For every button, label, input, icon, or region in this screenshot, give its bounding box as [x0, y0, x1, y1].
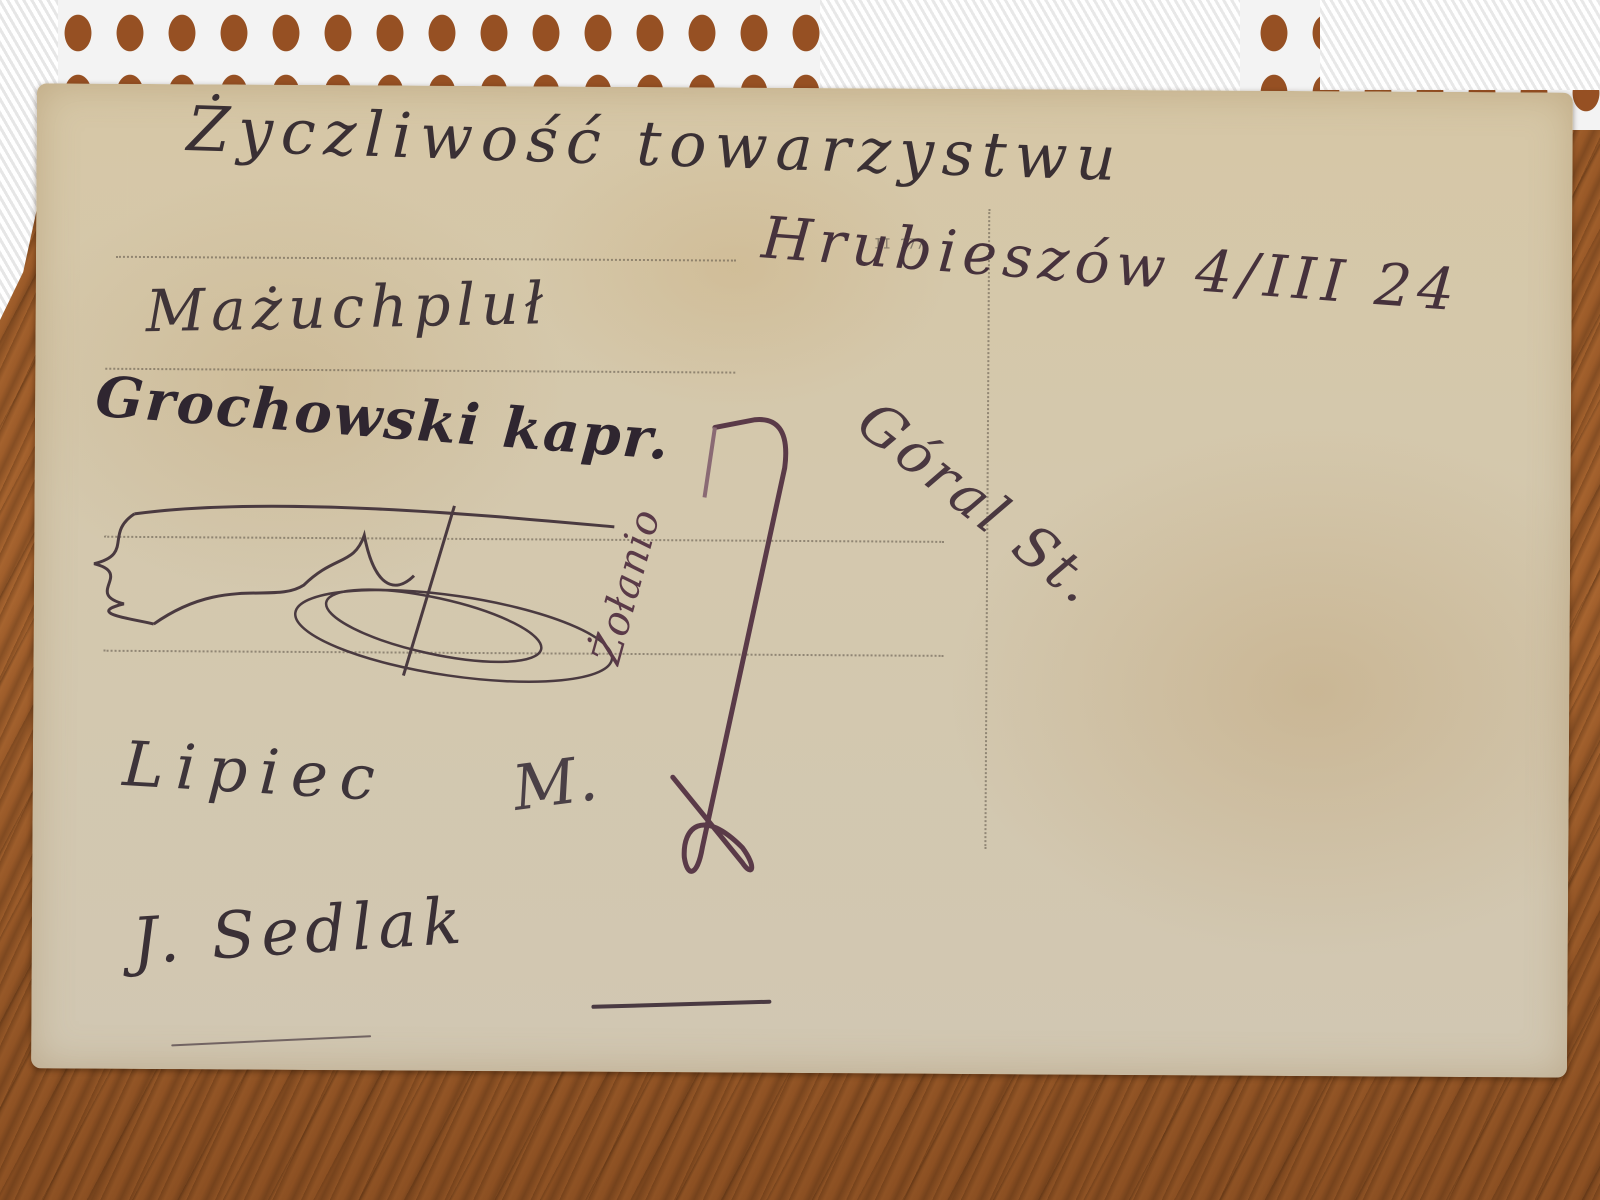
ink-underline	[591, 1000, 771, 1009]
address-line	[116, 256, 736, 262]
signature-lipiec-text: Lipiec	[121, 727, 389, 815]
place-date: Hrubieszów 4/III 24	[759, 203, 1463, 324]
signature-sedlak: J. Sedlak	[130, 884, 469, 979]
signature-zolanio: Żołanio	[592, 407, 815, 888]
lace-doily-solid-band-right	[1320, 0, 1600, 90]
signature-flourish: Łabęd	[73, 494, 634, 687]
ink-underline-left	[171, 1035, 371, 1046]
signature-goral: Góral St.	[845, 389, 1112, 619]
dedication-text-1: Życzliwość towarzystwu	[186, 92, 1125, 195]
postcard: II 177 Życzliwość towarzystwu Hrubieszów…	[31, 83, 1573, 1077]
signature-grochowski: Grochowski kapr.	[93, 364, 673, 474]
signature-sedlak-text: J. Sedlak	[130, 884, 469, 979]
place-date-text: Hrubieszów 4/III 24	[759, 203, 1463, 324]
signature-lipiec: Lipiec	[121, 727, 389, 815]
signature-m-text: M.	[508, 741, 602, 825]
signature-m: M.	[508, 741, 602, 825]
dedication-text-2: Mażuchpluł	[145, 269, 550, 345]
signature-goral-text: Góral St.	[845, 389, 1112, 619]
signature-grochowski-text: Grochowski kapr.	[93, 364, 673, 474]
dedication-line-2: Mażuchpluł	[145, 269, 550, 345]
dedication-line-1: Życzliwość towarzystwu	[186, 92, 1125, 195]
